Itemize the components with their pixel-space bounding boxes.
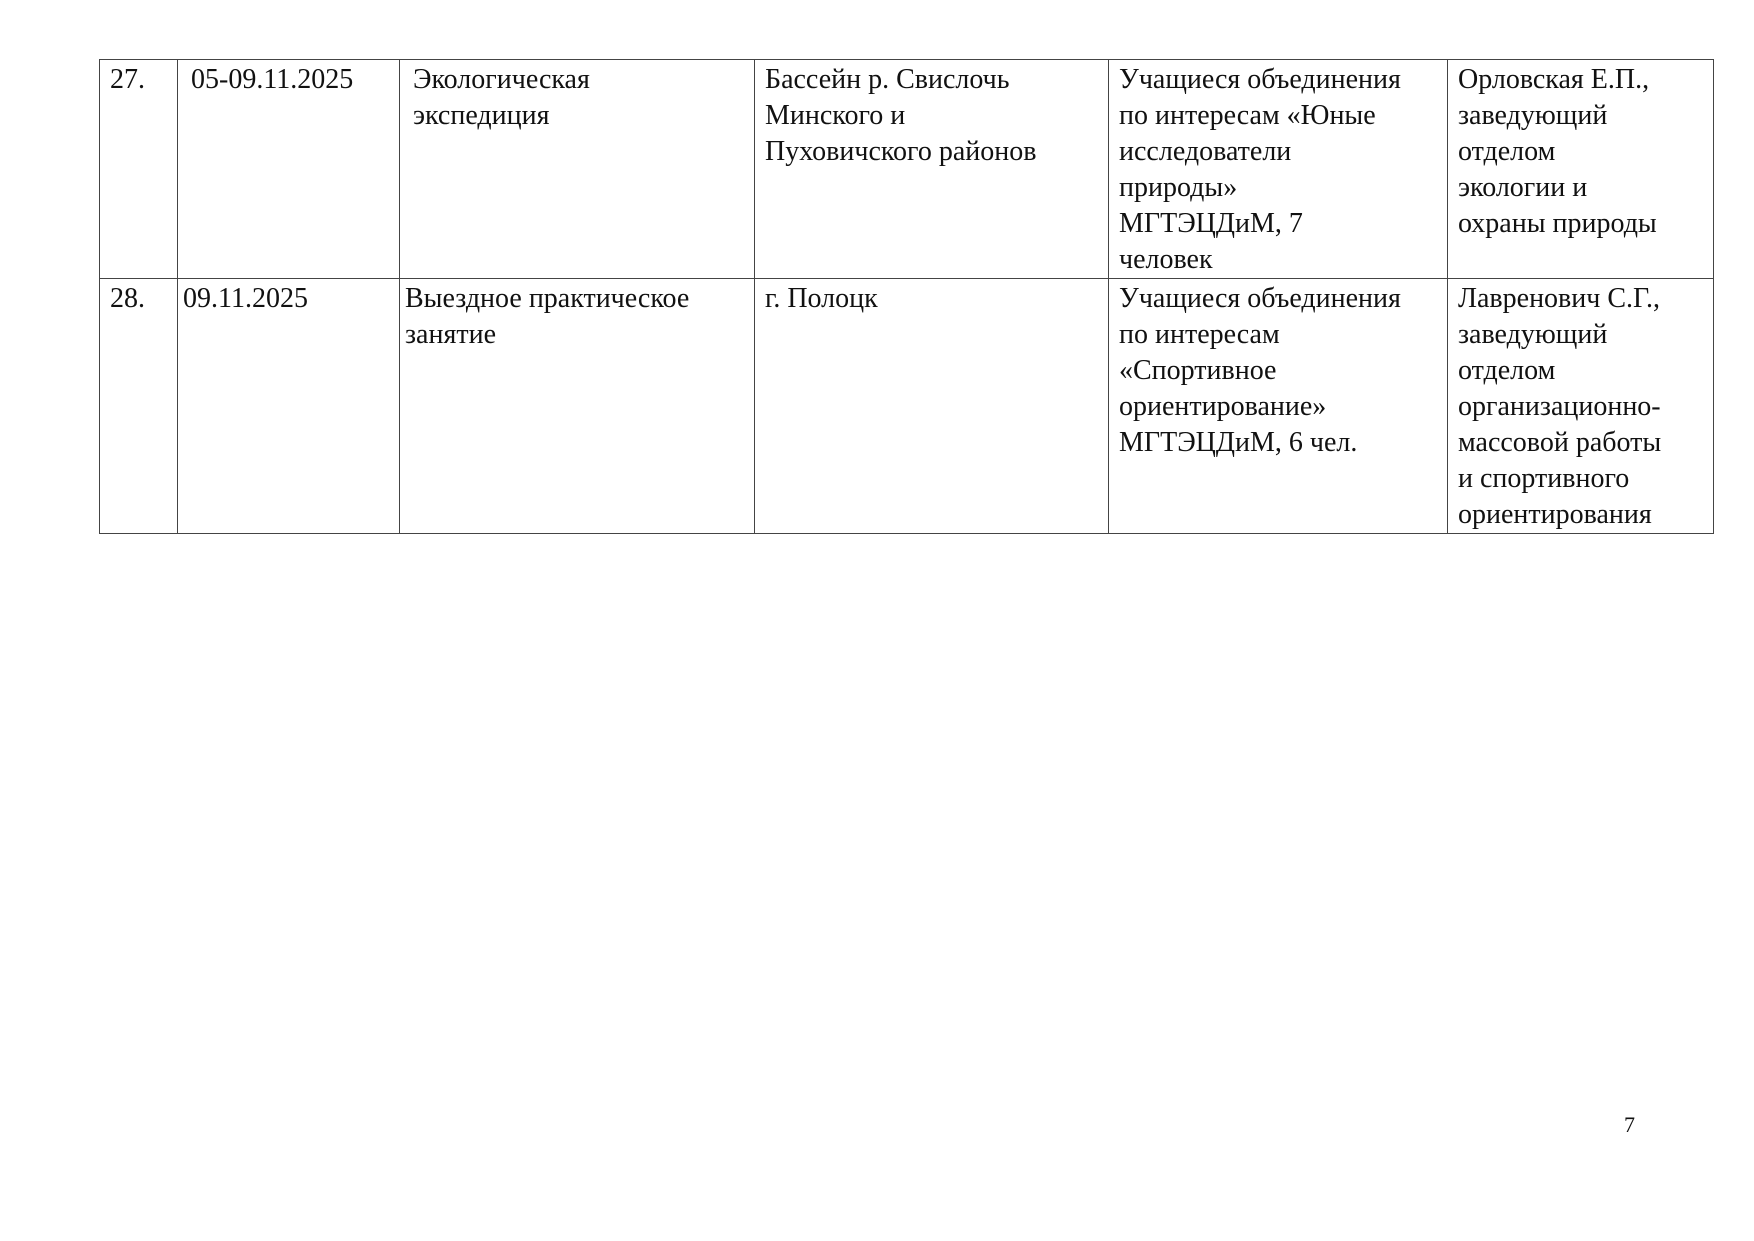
- event-participants: Учащиеся объединения по интересам «Спорт…: [1109, 279, 1448, 534]
- table-row: 28. 09.11.2025 Выездное практическое зан…: [100, 279, 1714, 534]
- event-responsible: Лавренович С.Г., заведующий отделом орга…: [1448, 279, 1714, 534]
- event-name: Выездное практическое занятие: [400, 279, 755, 534]
- event-name: Экологическая экспедиция: [400, 60, 755, 279]
- event-responsible: Орловская Е.П., заведующий отделом эколо…: [1448, 60, 1714, 279]
- table-row: 27. 05-09.11.2025 Экологическая экспедиц…: [100, 60, 1714, 279]
- events-table: 27. 05-09.11.2025 Экологическая экспедиц…: [99, 59, 1714, 534]
- event-date: 09.11.2025: [178, 279, 400, 534]
- event-place: г. Полоцк: [755, 279, 1109, 534]
- row-number: 28.: [100, 279, 178, 534]
- page-number: 7: [1624, 1112, 1635, 1138]
- event-participants: Учащиеся объединения по интересам «Юные …: [1109, 60, 1448, 279]
- row-number: 27.: [100, 60, 178, 279]
- event-date: 05-09.11.2025: [178, 60, 400, 279]
- event-place: Бассейн р. Свислочь Минского и Пуховичск…: [755, 60, 1109, 279]
